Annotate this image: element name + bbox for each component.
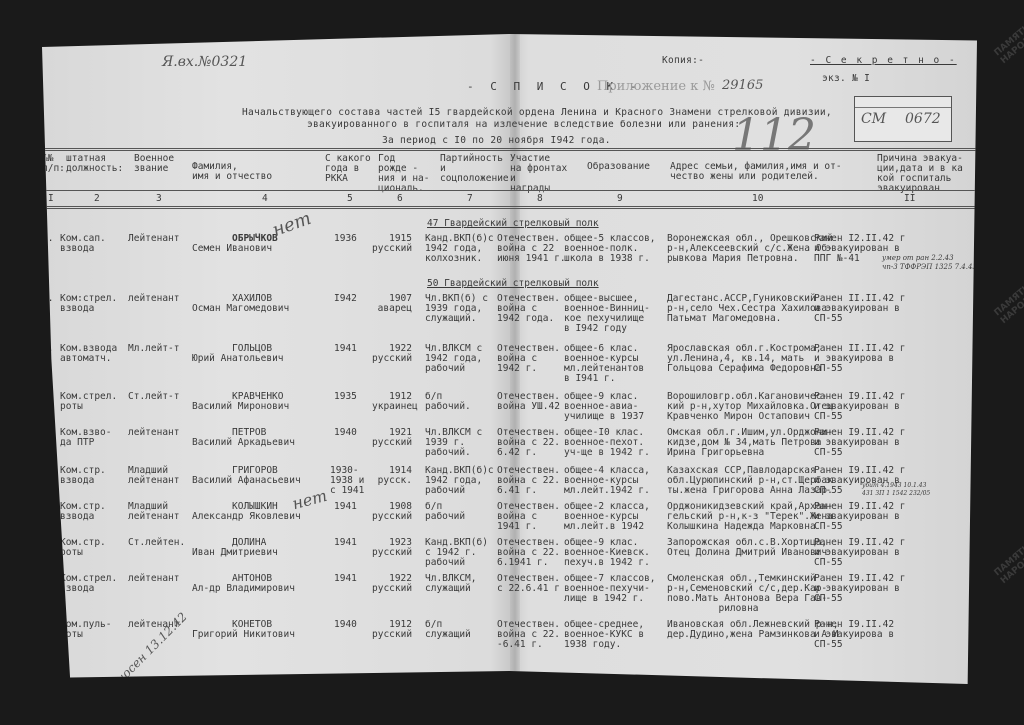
secret-label: - С е к р е т н о -: [810, 56, 957, 66]
col-number-11: II: [904, 194, 915, 204]
row-given-name: Григорий Никитович: [192, 630, 295, 640]
row-post: Ком:стрел. взвода: [60, 294, 117, 314]
row-rank: лейтенант: [128, 294, 179, 304]
row-born: 1912 украинец: [372, 392, 412, 412]
row-front: Отечествен. война с 1941 г.: [497, 502, 560, 532]
row-address: Ворошиловгр.обл.Кагановичес- кий р-н,хут…: [667, 392, 833, 422]
row-number: 7.: [42, 502, 53, 512]
row-education: общее-высшее, военное-Винниц- кое пехучи…: [564, 294, 650, 334]
archival-document-page: Я.вх.№0321 Копия:- - С е к р е т н о - э…: [42, 34, 977, 684]
row-post: Ком.стрел. взвода: [60, 574, 117, 594]
row-post: Ком.стр. взвода: [60, 502, 106, 522]
row-front: Отечествен. с 22.6.41 г: [497, 574, 560, 594]
row-post: Ком.стр. роты: [60, 538, 106, 558]
row-education: общее-4 класса, военное-курсы мл.лейт.19…: [564, 466, 650, 496]
row-party: б/п рабочий.: [425, 392, 471, 412]
row-given-name: Василий Аркадьевич: [192, 438, 295, 448]
col-number-1: I: [48, 194, 54, 204]
row-born: 1908 русский: [372, 502, 412, 522]
row-given-name: Василий Миронович: [192, 402, 289, 412]
col-header-10: Адрес семьи, фамилия,имя и от- чество же…: [670, 162, 842, 182]
row-born: 1922 русский: [372, 344, 412, 364]
col-number-9: 9: [617, 194, 623, 204]
col-header-1: №№ п/п:: [42, 154, 65, 174]
row-party: Чл.ВЛКСМ с 1939 г. рабочий.: [425, 428, 482, 458]
copy-number-label: экз. № I: [822, 74, 870, 84]
row-rank: Лейтенант: [128, 234, 179, 244]
row-reason: Ранен I9.II.42 г и эвакуирован в СП-55: [814, 428, 906, 458]
row-given-name: Иван Дмитриевич: [192, 548, 278, 558]
row-party: Чл.ВЛКСМ с 1942 года, рабочий: [425, 344, 482, 374]
row-since: 1941: [334, 344, 357, 354]
row-party: Чл.ВЛКСМ, служащий: [425, 574, 476, 594]
copy-label: Копия:-: [662, 56, 704, 66]
col-header-9: Образование: [587, 162, 650, 172]
row-number: 2.: [42, 294, 53, 304]
col-header-6: Год рожде - ния и на- циональ.: [378, 154, 429, 194]
col-number-6: 6: [397, 194, 403, 204]
col-number-5: 5: [347, 194, 353, 204]
row-given-name: Семен Иванович: [192, 244, 272, 254]
row-number: 5.: [42, 428, 53, 438]
row-front: Отечествен. война УШ.42: [497, 392, 560, 412]
row-address: Ярославская обл.г.Кострома, ул.Ленина,4,…: [667, 344, 821, 374]
row-born: 1922 русский: [372, 574, 412, 594]
row-born: 1915 русский: [372, 234, 412, 254]
row-post: Ком.стр. взвода: [60, 466, 106, 486]
row-address: Смоленская обл.,Темкинский р-н,Семеновск…: [667, 574, 827, 614]
registration-stamp: СМ 0672: [854, 96, 952, 142]
watermark-pamyat-naroda: ПАМЯТЬ НАРОДА: [993, 294, 1024, 326]
row-front: Отечествен. война с 22. 6.1941 г.: [497, 538, 560, 568]
col-header-2: штатная должность:: [66, 154, 123, 174]
row-rank: Младший лейтенант: [128, 466, 179, 486]
row-handwritten-note: умер от ран 2.2.43 чп-3 ТФФРЭП 1325 7.4.…: [882, 254, 977, 272]
col-number-3: 3: [156, 194, 162, 204]
row-front: Отечествен. война с 22. 6.42 г.: [497, 428, 560, 458]
row-post: Ком.пуль- роты: [60, 620, 111, 640]
handwritten-annotation-net-1: нет: [270, 208, 314, 241]
watermark-pamyat-naroda: ПАМЯТЬ НАРОДА: [993, 554, 1024, 586]
stamp-number: 0672: [905, 111, 941, 127]
row-since: 1940: [334, 620, 357, 630]
col-header-5: С какого года в РККА: [325, 154, 371, 184]
row-education: общее-I0 клас. военное-пехот. уч-ще в 19…: [564, 428, 650, 458]
handwritten-annotation-net-2: нет: [290, 486, 329, 513]
row-address: Запорожская обл.с.В.Хортица, Отец Долина…: [667, 538, 827, 558]
row-reason: Ранен I9.II.42 г и эвакуирован в СП-55: [814, 502, 906, 532]
row-born: 1914 русск.: [372, 466, 412, 486]
row-reason: Ранен I9.II.42 г и эвакуирован в СП-55: [814, 538, 906, 568]
row-education: общее-2 класса, военное-курсы мл.лейт.в …: [564, 502, 650, 532]
col-header-3: Военное звание: [134, 154, 174, 174]
row-address: Омская обл.г.Ишим,ул.Орджони- кидзе,дом …: [667, 428, 833, 458]
row-address: Казахская ССР,Павлодарская обл.Цурюпинск…: [667, 466, 833, 496]
row-born: 1921 русский: [372, 428, 412, 448]
document-subtitle-line2: эвакуированного в госпиталя на излечение…: [307, 120, 740, 130]
row-front: Отечествен. война с 1942 года.: [497, 294, 560, 324]
row-front: Отечествен. война с 22. 6.41 г.: [497, 466, 560, 496]
row-given-name: Василий Афанасьевич: [192, 476, 301, 486]
row-born: 1923 русский: [372, 538, 412, 558]
header-rule-bottom: [42, 206, 977, 209]
row-front: Отечествен. война с 22 июня 1941 г.: [497, 234, 566, 264]
row-since: 1941: [334, 538, 357, 548]
col-number-7: 7: [467, 194, 473, 204]
row-since: I942: [334, 294, 357, 304]
row-party: б/п рабочий: [425, 502, 465, 522]
row-post: Ком.сап. взвода: [60, 234, 106, 254]
row-front: Отечествен. война с 1942 г.: [497, 344, 560, 374]
col-number-8: 8: [537, 194, 543, 204]
row-reason: Ранен I9.II.42 г и эвакуирован в СП-55: [814, 574, 906, 604]
row-since: 1941: [334, 502, 357, 512]
regiment-header-47: 47 Гвардейский стрелковый полк: [427, 218, 599, 229]
col-header-11: Причина эвакуа- ции,дата и в ка кой госп…: [877, 154, 963, 194]
row-since: 1940: [334, 428, 357, 438]
row-number: 3.: [42, 344, 53, 354]
row-rank: Мл.лейт-т: [128, 344, 179, 354]
col-number-4: 4: [262, 194, 268, 204]
row-since: 1936: [334, 234, 357, 244]
appendix-number: 29165: [722, 78, 763, 93]
row-education: общее-7 классов, военное-пехучи- лище в …: [564, 574, 656, 604]
row-number: 9.: [42, 574, 53, 584]
handwritten-large-number: 112: [732, 110, 816, 161]
watermark-pamyat-naroda: ПАМЯТЬ НАРОДА: [993, 34, 1024, 66]
row-reason: Ранен I9.II.42 и эвакуирова в СП-55: [814, 620, 894, 650]
header-rule-top: [42, 148, 977, 151]
row-since: 1935: [334, 392, 357, 402]
row-party: б/п служащий: [425, 620, 471, 640]
row-given-name: Ал-др Владимирович: [192, 584, 295, 594]
row-number: I.: [42, 234, 53, 244]
regiment-header-50: 50 Гвардейский стрелковый полк: [427, 278, 599, 289]
row-number: 8.: [42, 538, 53, 548]
row-party: Канд.ВКП(б)с 1942 года, рабочий: [425, 466, 494, 496]
row-number: 4.: [42, 392, 53, 402]
row-number: I0.: [42, 620, 59, 630]
row-post: Ком.стрел. роты: [60, 392, 117, 412]
period-line: За период с I0 по 20 ноября I942 года.: [382, 136, 611, 146]
row-party: Чл.ВКП(б) с 1939 года, служащий.: [425, 294, 488, 324]
handwritten-incoming-number: Я.вх.№0321: [162, 54, 247, 70]
row-rank: Ст.лейтен.: [128, 538, 185, 548]
row-reason: Ранен I9.II.42 г и эвакуирован в СП-55: [814, 392, 906, 422]
row-post: Ком.взво- да ПТР: [60, 428, 111, 448]
row-born: 1912 русский: [372, 620, 412, 640]
col-header-7: Партийность и соцположение: [440, 154, 509, 184]
row-education: общее-9 клас. военное-авиа- училище в 19…: [564, 392, 644, 422]
header-rule-mid: [42, 190, 977, 191]
row-given-name: Юрий Анатольевич: [192, 354, 284, 364]
row-post: Ком.взвода автоматч.: [60, 344, 117, 364]
row-education: общее-среднее, военное-КУКС в 1938 году.: [564, 620, 644, 650]
row-party: Канд.ВКП(б) с 1942 г. рабочий: [425, 538, 488, 568]
row-reason: Ранен II.II.42 г и эвакуирова в СП-55: [814, 344, 906, 374]
stamp-header: [855, 97, 951, 108]
row-since: 1930- 1938 и с 1941: [330, 466, 364, 496]
row-education: общее-9 клас. военное-Киевск. пехуч.в 19…: [564, 538, 650, 568]
stamp-letters: СМ: [861, 111, 886, 127]
col-header-4: Фамилия, имя и отчество: [192, 162, 272, 182]
row-rank: Ст.лейт-т: [128, 392, 179, 402]
row-rank: лейтенант: [128, 574, 179, 584]
row-reason: Ранен II.II.42 г и эвакуирован в СП-55: [814, 294, 906, 324]
row-education: общее-5 классов, военное-полк. школа в 1…: [564, 234, 656, 264]
row-address: Дагестанс.АССР,Гуниковский р-н,село Чех.…: [667, 294, 827, 324]
row-education: общее-6 клас. военное-курсы мл.лейтенант…: [564, 344, 644, 384]
row-address: Ивановская обл.Лежневский р-н, дер.Дудин…: [667, 620, 839, 640]
row-rank: Младший лейтенант: [128, 502, 179, 522]
appendix-stamp: Приложение к №: [597, 79, 715, 94]
row-number: 6.: [42, 466, 53, 476]
row-party: Канд.ВКП(б)с 1942 года, колхозник.: [425, 234, 494, 264]
row-given-name: Осман Магомедович: [192, 304, 289, 314]
row-address: Воронежская обл., Орешковский р-н,Алексе…: [667, 234, 833, 264]
col-header-8: Участие на фронтах и награды: [510, 154, 567, 194]
col-number-2: 2: [94, 194, 100, 204]
col-number-10: 10: [752, 194, 763, 204]
row-given-name: Александр Яковлевич: [192, 512, 301, 522]
row-handwritten-note: убит 4.1943 10.1.43 431 ЗП 1 1542 232/05: [862, 482, 930, 498]
row-born: 1907 аварец: [372, 294, 412, 314]
row-address: Орджоникидзевский край,Архан- гельский р…: [667, 502, 833, 532]
row-rank: лейтенант: [128, 428, 179, 438]
row-front: Отечествен. война с 22. -6.41 г.: [497, 620, 560, 650]
row-since: 1941: [334, 574, 357, 584]
